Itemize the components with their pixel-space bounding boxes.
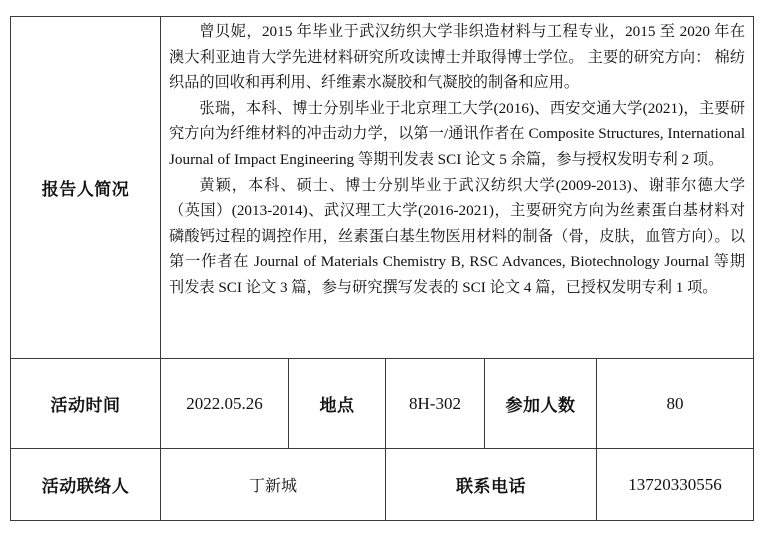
speaker-bio-zhang: 张瑞，本科、博士分别毕业于北京理工大学(2016)、西安交通大学(2021)，主… — [169, 96, 745, 173]
contact-person-value: 丁新城 — [161, 449, 386, 521]
contact-phone-label: 联系电话 — [386, 449, 597, 521]
activity-time-value: 2022.05.26 — [161, 359, 289, 449]
activity-time-label: 活动时间 — [11, 359, 161, 449]
location-value: 8H-302 — [386, 359, 485, 449]
activity-row: 活动时间 2022.05.26 地点 8H-302 参加人数 80 — [11, 359, 754, 449]
contact-person-label: 活动联络人 — [11, 449, 161, 521]
speaker-bio-zeng: 曾贝妮，2015 年毕业于武汉纺织大学非织造材料与工程专业，2015 至 202… — [169, 19, 745, 96]
document-page: 报告人简况 曾贝妮，2015 年毕业于武汉纺织大学非织造材料与工程专业，2015… — [0, 0, 766, 534]
speaker-bio-huang: 黄颖，本科、硕士、博士分别毕业于武汉纺织大学(2009-2013)、谢菲尔德大学… — [169, 173, 745, 301]
speaker-profile-row: 报告人简况 曾贝妮，2015 年毕业于武汉纺织大学非织造材料与工程专业，2015… — [11, 17, 754, 359]
speaker-profile-label: 报告人简况 — [11, 17, 161, 359]
attendees-value: 80 — [597, 359, 754, 449]
location-label: 地点 — [289, 359, 386, 449]
contact-phone-value: 13720330556 — [597, 449, 754, 521]
report-info-table: 报告人简况 曾贝妮，2015 年毕业于武汉纺织大学非织造材料与工程专业，2015… — [10, 16, 754, 521]
attendees-label: 参加人数 — [485, 359, 597, 449]
speaker-profile-content: 曾贝妮，2015 年毕业于武汉纺织大学非织造材料与工程专业，2015 至 202… — [161, 17, 754, 359]
contact-row: 活动联络人 丁新城 联系电话 13720330556 — [11, 449, 754, 521]
